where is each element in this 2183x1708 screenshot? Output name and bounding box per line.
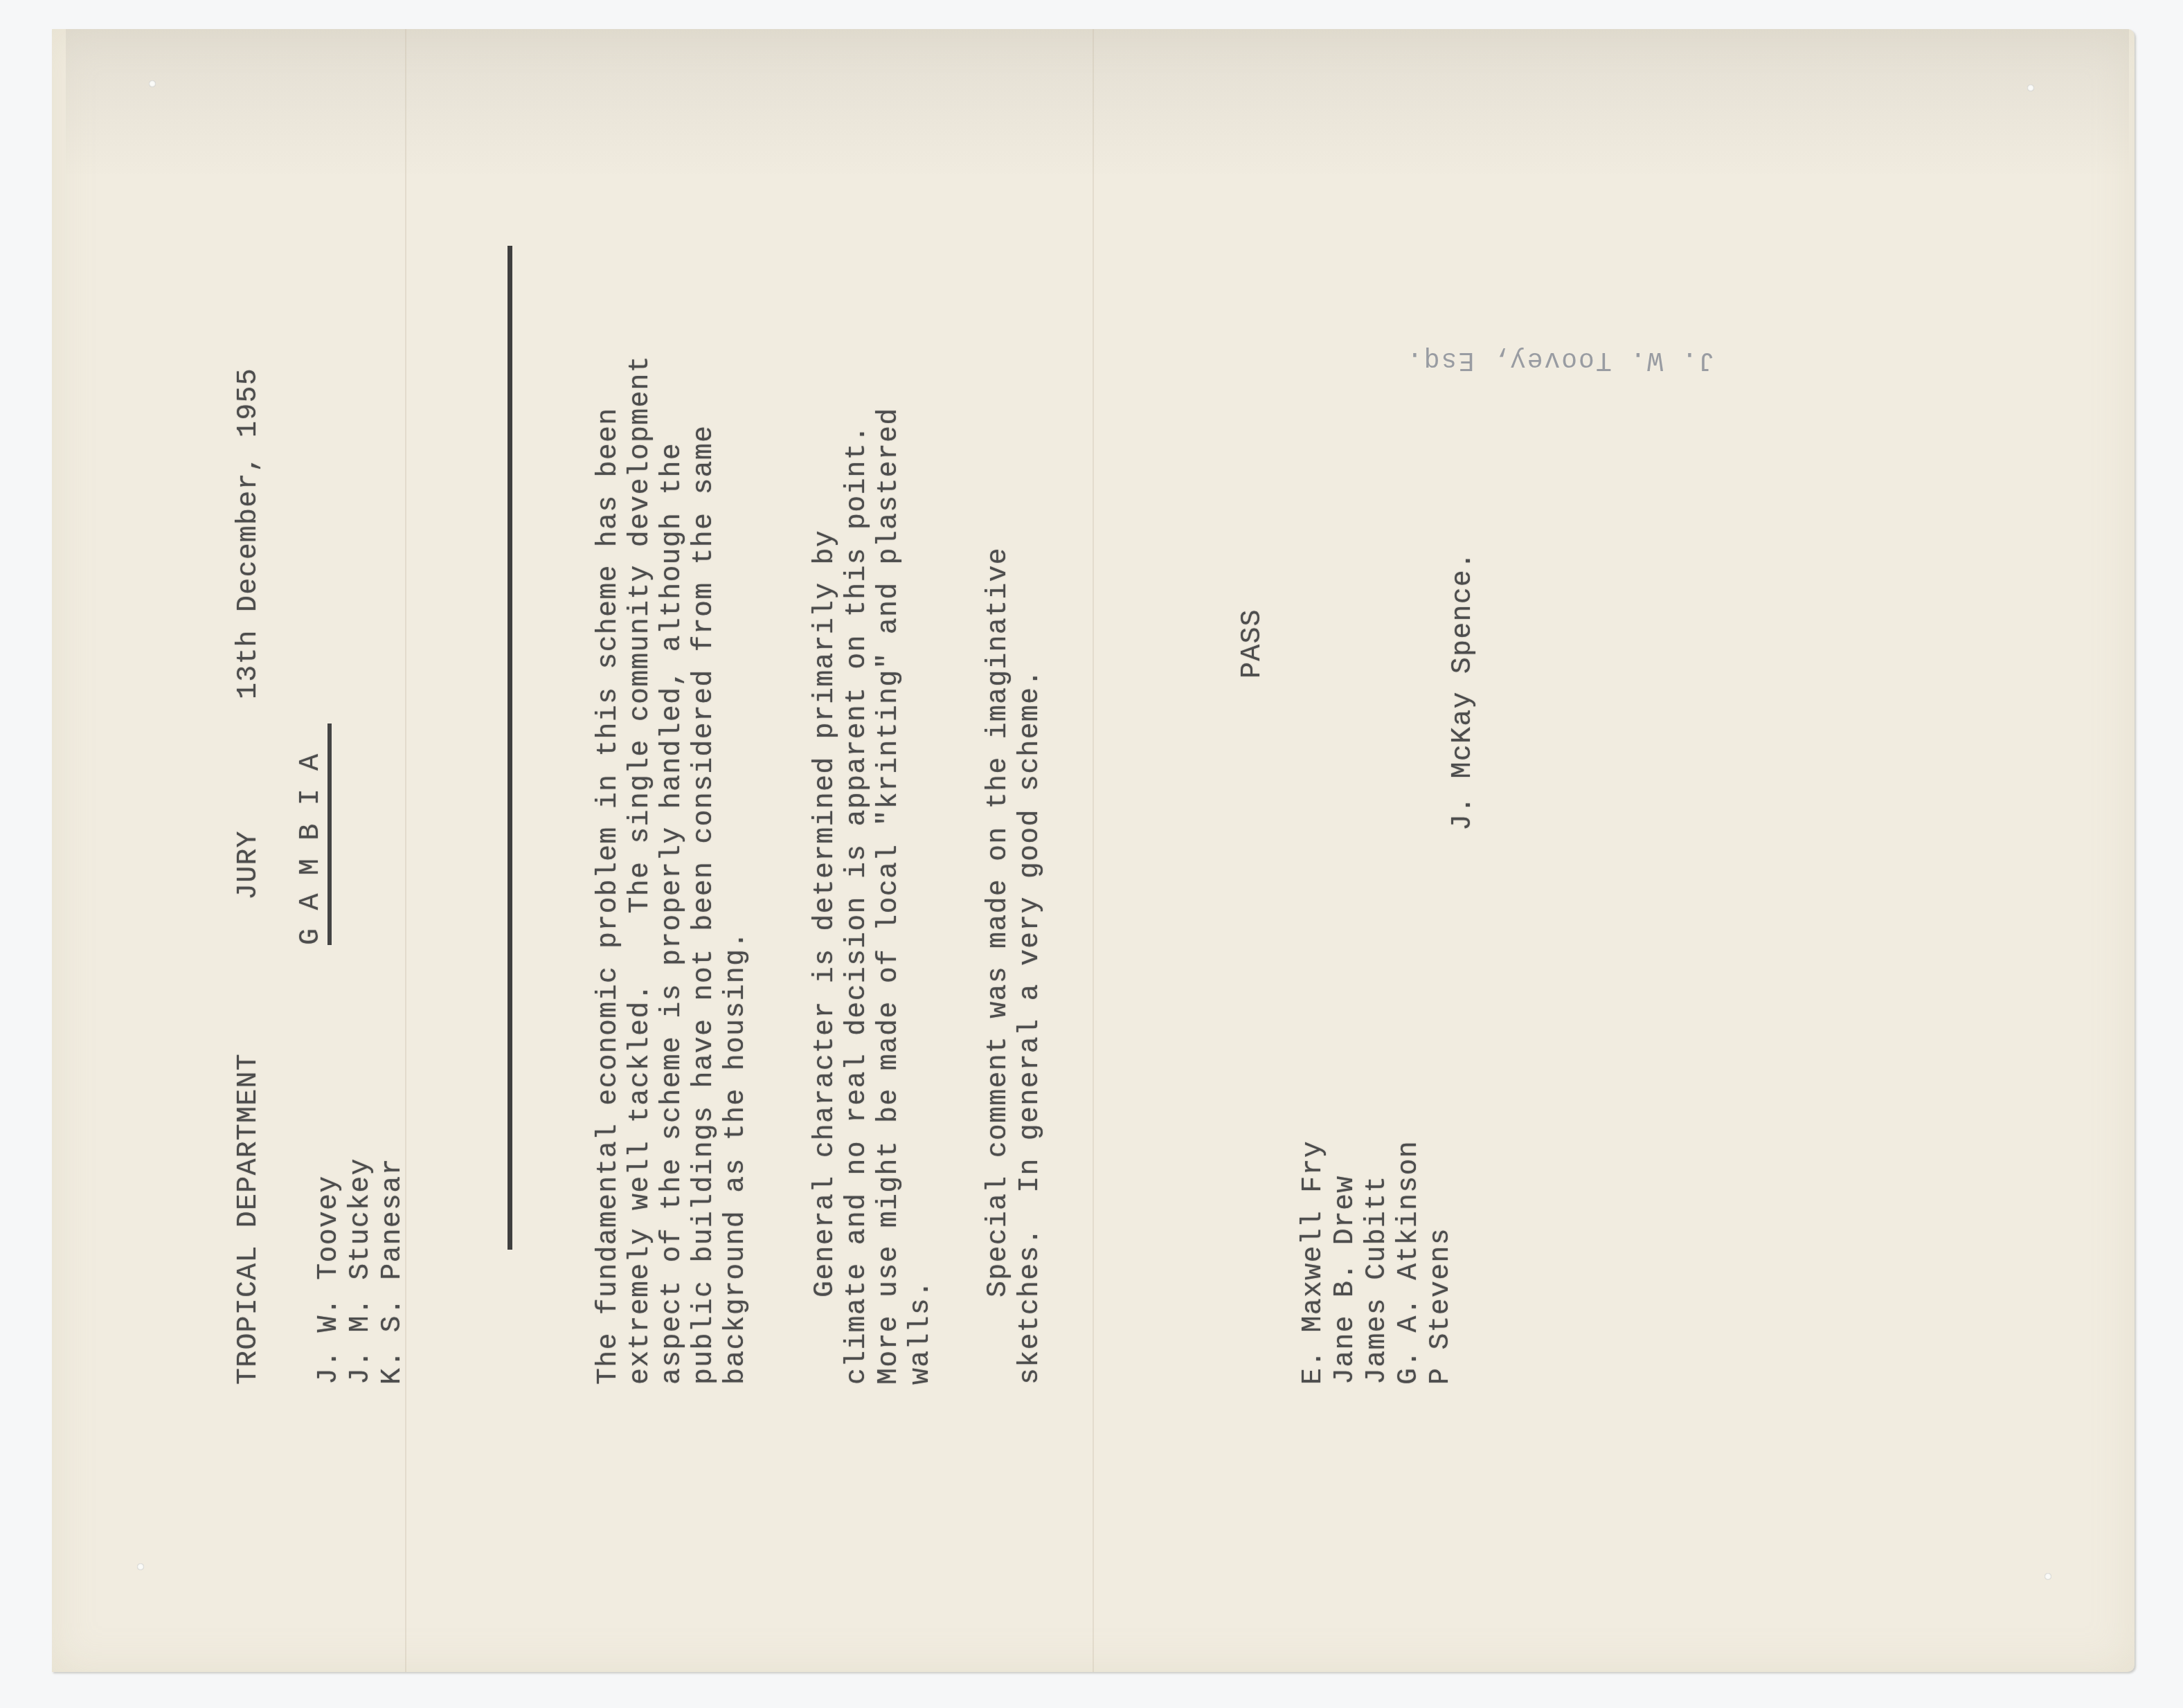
paragraph-line: General character is determined primaril… — [810, 530, 842, 1385]
title-underline — [327, 723, 332, 945]
jury-member: P Stevens — [1426, 1228, 1457, 1385]
paragraph-line: walls. — [906, 1280, 937, 1385]
jury-member: G. A. Atkinson — [1394, 1140, 1426, 1385]
department-heading: TROPICAL DEPARTMENT — [233, 1053, 265, 1385]
document-date: 13th December, 1955 — [233, 368, 265, 699]
jury-member: James Cubitt — [1362, 1176, 1394, 1385]
paragraph-line: extremely well tackled. The single commu… — [625, 355, 657, 1385]
paragraph-line: climate and no real decision is apparent… — [842, 425, 874, 1385]
student-name: J. M. Stuckey — [345, 1158, 377, 1385]
paragraph-line: The fundamental economic problem in this… — [593, 408, 625, 1385]
paragraph-line: aspect of the scheme is properly handled… — [657, 442, 689, 1385]
paragraph-line: public buildings have not been considere… — [689, 425, 721, 1385]
student-name: K. S. Panesar — [377, 1158, 409, 1385]
jury-label: JURY — [233, 830, 265, 900]
paragraph-line: sketches. In general a very good scheme. — [1015, 669, 1047, 1385]
separator-rule — [507, 246, 512, 1250]
paragraph-line: Special comment was made on the imaginat… — [983, 547, 1015, 1385]
paragraph-line: background as the housing. — [721, 931, 753, 1385]
document-text-frame: TROPICAL DEPARTMENT JURY 13th December, … — [52, 29, 2135, 1672]
paragraph-line: More use might be made of local "krintin… — [874, 408, 906, 1385]
student-name: J. W. Toovey — [314, 1176, 345, 1385]
result-verdict: PASS — [1237, 609, 1269, 678]
jury-member: E. Maxwell Fry — [1298, 1140, 1330, 1385]
document-title: G A M B I A — [296, 753, 327, 945]
chairman-name: J. McKay Spence. — [1448, 552, 1480, 831]
jury-member: Jane B. Drew — [1330, 1176, 1362, 1385]
